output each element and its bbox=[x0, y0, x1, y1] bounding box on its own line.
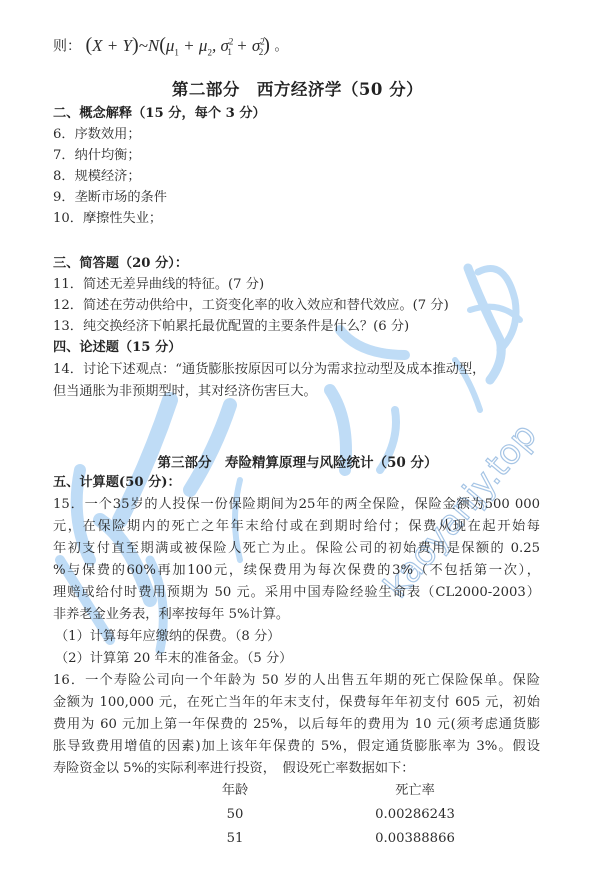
part2-title: 第二部分 西方经济学（50 分） bbox=[0, 76, 595, 100]
section-essay-heading: 四、论述题（15 分） bbox=[53, 338, 181, 358]
table-header-rate: 死亡率 bbox=[360, 781, 470, 801]
table-cell-age: 51 bbox=[200, 829, 270, 849]
q15-line: %与保费的60%再加100元，续保费用为每次保费的3%（不包括第一次）， bbox=[53, 561, 540, 581]
q16-line: 寿险资金以 5%的实际利率进行投资， 假设死亡率数据如下： bbox=[53, 759, 414, 779]
formula-line: 则： (X + Y)~N(μ1 + μ2, σ21 + σ22) 。 bbox=[53, 28, 288, 65]
q15-line: 非养老金业务表，利率按每年 5%计算。 bbox=[53, 605, 289, 625]
essay-question-line: 14．讨论下述观点：“通货膨胀按原因可以分为需求拉动型及成本推动型， bbox=[53, 360, 485, 380]
concept-item: 7．纳什均衡； bbox=[53, 146, 141, 166]
formula-expression: (X + Y)~N(μ1 + μ2, σ21 + σ22) bbox=[85, 36, 269, 55]
short-question: 12．简述在劳动供给中，工资变化率的收入效应和替代效应。(7 分) bbox=[53, 296, 449, 316]
q15-subquestion: （1）计算每年应缴纳的保费。（8 分） bbox=[55, 627, 280, 647]
concept-item: 10．摩擦性失业； bbox=[53, 209, 162, 229]
section-concepts-heading: 二、概念解释（15 分，每个 3 分） bbox=[53, 104, 266, 124]
table-cell-age: 50 bbox=[200, 805, 270, 825]
section-calc-heading: 五、计算题(50 分)： bbox=[53, 473, 181, 493]
q15-line: 元，在保险期内的死亡之年年末给付或在到期时给付；保费从现在起开始每 bbox=[53, 517, 540, 537]
table-cell-rate: 0.00388866 bbox=[360, 829, 470, 849]
q16-line: 胀导致费用增值的因素)加上该年年保费的 5%，假定通货膨胀率为 3%。假设 bbox=[53, 737, 540, 757]
section-short-heading: 三、简答题（20 分）： bbox=[53, 254, 188, 274]
table-header-age: 年龄 bbox=[200, 781, 270, 801]
q15-line: 理赔或给付时费用预期为 50 元。采用中国寿险经验生命表（CL2000-2003… bbox=[53, 583, 540, 603]
q16-line: 金额为 100,000 元，在死亡当年的年末支付，保费每年年初支付 605 元，… bbox=[53, 693, 540, 713]
exam-page: kaoyanjy.top 则： (X + Y)~N(μ1 + μ2, σ21 +… bbox=[0, 0, 595, 869]
q15-subquestion: （2）计算第 20 年末的准备金。（5 分） bbox=[55, 649, 292, 669]
essay-question-line: 但当通胀为非预期型时，其对经济伤害巨大。 bbox=[53, 382, 317, 402]
q15-line: 年初支付直至期满或被保险人死亡为止。保险公司的初始费用是保额的 0.25 bbox=[53, 539, 540, 559]
short-question: 11．简述无差异曲线的特征。(7 分) bbox=[53, 275, 264, 295]
q16-line: 费用为 60 元加上第一年保费的 25%，以后每年的费用为 10 元(须考虑通货… bbox=[53, 715, 540, 735]
q16-line: 16．一个寿险公司向一个年龄为 50 岁的人出售五年期的死亡保险保单。保险 bbox=[53, 671, 540, 691]
concept-item: 8．规模经济； bbox=[53, 167, 141, 187]
short-question: 13．纯交换经济下帕累托最优配置的主要条件是什么？(6 分) bbox=[53, 317, 409, 337]
formula-suffix: 。 bbox=[274, 39, 288, 55]
q15-line: 15．一个35岁的人投保一份保险期间为25年的两全保险，保险金额为500 000 bbox=[53, 495, 540, 515]
concept-item: 6．序数效用； bbox=[53, 125, 141, 145]
formula-prefix: 则： bbox=[53, 39, 81, 55]
concept-item: 9．垄断市场的条件 bbox=[53, 188, 167, 208]
table-cell-rate: 0.00286243 bbox=[360, 805, 470, 825]
part3-title: 第三部分 寿险精算原理与风险统计（50 分） bbox=[0, 451, 595, 471]
